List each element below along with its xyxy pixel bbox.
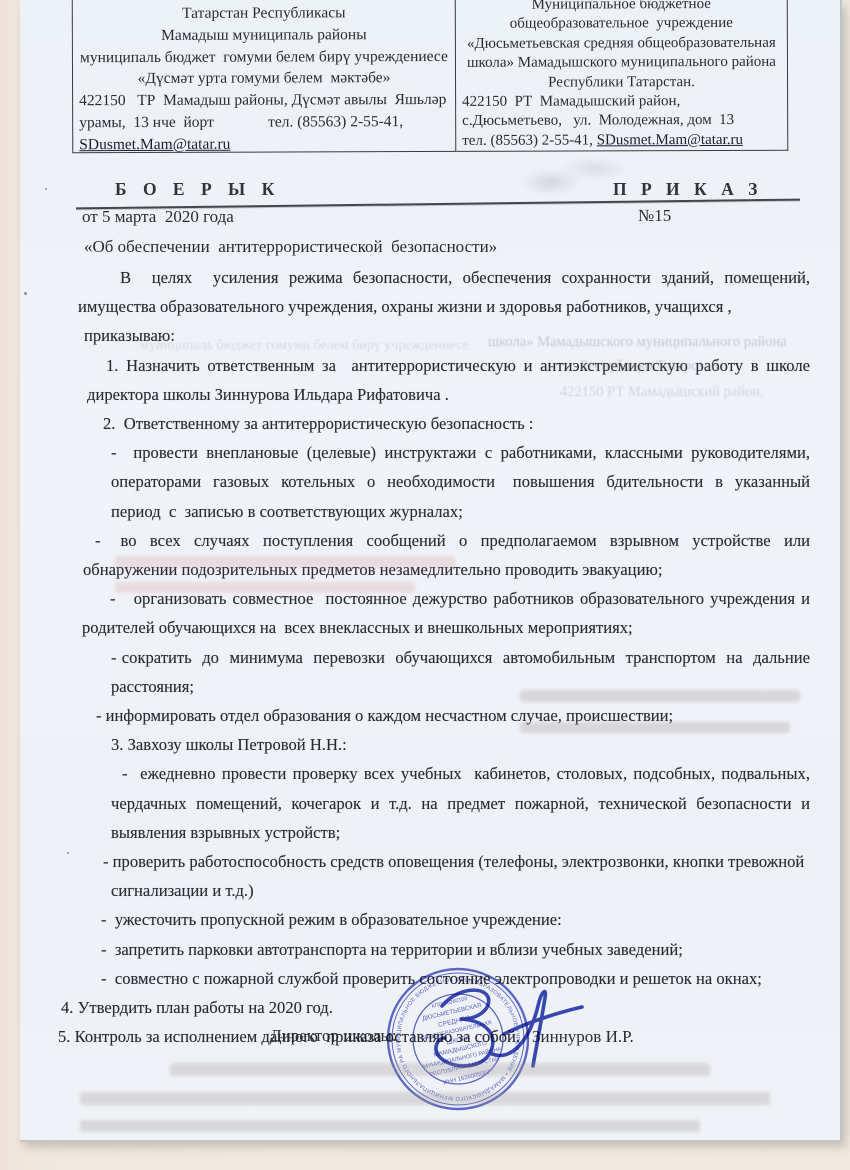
order-paragraph: - ужесточить пропускной режим в образова… [101, 905, 810, 934]
letterhead-line: Республики Татарстан. [462, 72, 781, 93]
order-paragraph: 3. Завхозу школы Петровой Н.Н.: [111, 730, 810, 759]
letterhead-left-lines: Татарстан РеспубликасыМамадыш муниципаль… [79, 2, 449, 90]
letterhead-line: школа» Мамадышского муниципального район… [462, 53, 781, 74]
speck [24, 292, 27, 295]
letterhead-line: Мамадыш муниципаль районы [79, 24, 449, 47]
letterhead-right-cell: Муниципальное бюджетноеобщеобразовательн… [456, 0, 789, 152]
order-title-tatar: Б О Е Р Ы К [115, 179, 280, 200]
letterhead-line: Татарстан Республикасы [79, 2, 449, 25]
bleed-through-mark [115, 556, 455, 568]
email-link: SDusmet.Mam@tatar.ru [79, 135, 230, 153]
letterhead-line: муниципаль бюджет гомуми белем бирү учре… [79, 46, 449, 69]
order-body: В целях усиления режима безопасности, об… [58, 263, 810, 1051]
bleed-through-text: школа» Мамадышского муниципального район… [488, 334, 787, 351]
bleed-through-text: муниципаль бюджет гомуми белем бирү учре… [140, 338, 469, 354]
order-date: от 5 марта 2020 года [82, 207, 234, 227]
bleed-through-text: Республики Татарстан. [580, 358, 722, 375]
letterhead-line: с.Дюсьметьево, ул. Молодежная, дом 13 [462, 111, 781, 132]
letterhead-line: общеобразовательное учреждение [462, 14, 781, 35]
letterhead: Татарстан РеспубликасыМамадыш муниципаль… [72, 0, 789, 153]
signature-z-stroke [436, 990, 493, 1066]
letterhead-right-address: 422150 РТ Мамадышский район,с.Дюсьметьев… [462, 92, 781, 132]
order-paragraph: В целях усиления режима безопасности, об… [78, 263, 810, 321]
letterhead-line: 422150 РТ Мамадышский район, [462, 92, 781, 113]
speck [67, 852, 69, 854]
letterhead-left-address: 422150 ТР Мамадыш районы, Дүсмәт авылы Я… [79, 89, 449, 134]
bleed-through-mark [80, 1120, 700, 1132]
scanned-page: Татарстан РеспубликасыМамадыш муниципаль… [20, 0, 842, 1142]
bleed-through-mark [80, 1092, 770, 1105]
bleed-through-text: 422150 РТ Мамадышский район, [560, 384, 764, 401]
order-paragraph: - ежедневно провести проверку всех учебн… [111, 759, 810, 847]
letterhead-line: урамы, 13 нче йорт тел. (85563) 2-55-41, [79, 111, 449, 134]
letterhead-right-phone-line: тел. (85563) 2-55-41, SDusmet.Mam@tatar.… [462, 131, 781, 152]
letterhead-left-cell: Татарстан РеспубликасыМамадыш муниципаль… [72, 0, 457, 153]
order-number: №15 [638, 206, 671, 226]
order-title-russian: П Р И К А З [613, 179, 762, 200]
order-paragraph: - провести внеплановые (целевые) инструк… [111, 438, 810, 526]
letterhead-line: 422150 ТР Мамадыш районы, Дүсмәт авылы Я… [79, 89, 449, 112]
director-signature [412, 972, 602, 1097]
speck [45, 188, 47, 190]
letterhead-right-lines: Муниципальное бюджетноеобщеобразовательн… [462, 0, 781, 93]
letterhead-left-email: SDusmet.Mam@tatar.ru [79, 133, 449, 154]
letterhead-line: Муниципальное бюджетное [462, 0, 781, 15]
bleed-through-mark [170, 1063, 710, 1076]
letterhead-line: «Дюсьметьевская средняя общеобразователь… [462, 34, 781, 55]
scan-smudge [518, 152, 628, 207]
scanner-background: { "letterhead": { "left": { "centered": … [0, 0, 850, 1170]
order-paragraph: 2. Ответственному за антитеррористическу… [103, 409, 810, 438]
letterhead-line: «Дүсмәт урта гомуми белем мәктәбе» [79, 67, 449, 90]
bleed-through-mark [520, 722, 790, 733]
order-paragraph: - проверить работоспособность средств оп… [111, 847, 810, 905]
bleed-through-mark [520, 690, 800, 702]
order-subject: «Об обеспечении антитеррористической без… [84, 237, 497, 257]
email-link: SDusmet.Mam@tatar.ru [597, 132, 743, 149]
bleed-through-mark [115, 582, 415, 593]
phone-number: тел. (85563) 2-55-41, [462, 132, 596, 148]
